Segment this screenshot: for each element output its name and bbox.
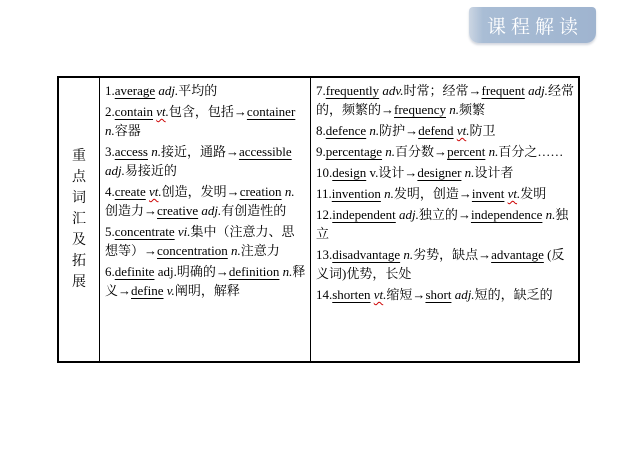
pos-abbrev: n. (231, 243, 241, 258)
english-word: designer (417, 165, 461, 180)
text-run: 易接近的 (125, 163, 177, 178)
text-run: 3. (105, 144, 115, 159)
pos-abbrev: n. (369, 123, 379, 138)
pos-abbrev: n. (105, 123, 115, 138)
text-run: 设计→ (378, 165, 417, 180)
text-run: 12. (316, 207, 332, 222)
vocabulary-table: 重点词汇及拓展 1.average adj.平均的2.contain vt.包含… (57, 76, 580, 363)
english-word: creation (240, 184, 282, 199)
text-run: 缩短→ (386, 287, 425, 302)
text-run: 设计者 (474, 165, 513, 180)
vocab-item: 7.frequently adv.时常；经常→frequent adj.经常的，… (316, 81, 574, 119)
vocab-item: 4.create vt.创造，发明→creation n.创造力→creativ… (105, 182, 306, 220)
text-run: 明确的→ (177, 264, 229, 279)
vocab-column-2: 7.frequently adv.时常；经常→frequent adj.经常的，… (310, 78, 578, 361)
text-run: 百分之…… (498, 144, 563, 159)
pos-abbrev: n. (449, 102, 459, 117)
english-word: short (425, 287, 451, 302)
pos-abbrev: adj. (201, 203, 221, 218)
english-word: frequency (394, 102, 446, 117)
english-word: disadvantage (332, 247, 400, 262)
vocab-item: 8.defence n.防护→defend vt.防卫 (316, 121, 574, 140)
pos-abbrev: n. (384, 186, 394, 201)
text-run: 防护→ (379, 123, 418, 138)
pos-abbrev: n. (285, 184, 295, 199)
pos-abbrev: n. (151, 144, 161, 159)
text-run: 4. (105, 184, 115, 199)
text-run: 11. (316, 186, 332, 201)
text-run: 注意力 (241, 243, 280, 258)
text-run: 6. (105, 264, 115, 279)
pos-abbrev: n. (546, 207, 556, 222)
english-word: accessible (239, 144, 292, 159)
pos-abbrev: adj. (528, 83, 548, 98)
text-run: 包含，包括 (169, 104, 234, 119)
vocab-item: 10.design v.设计→designer n.设计者 (316, 163, 574, 182)
text-run: 接近，通路 (161, 144, 226, 159)
english-word: independence (471, 207, 542, 222)
text-run: 13. (316, 247, 332, 262)
text-run: 1. (105, 83, 115, 98)
text-run: 创造力→ (105, 203, 157, 218)
pos-abbrev-misspelled: vt (457, 123, 466, 138)
pos-abbrev: n. (385, 144, 395, 159)
vocab-item: 3.access n.接近，通路→accessible adj.易接近的 (105, 142, 306, 180)
text-run: → (234, 104, 247, 119)
text-run: 14. (316, 287, 332, 302)
slide-page: 课程解读 重点词汇及拓展 1.average adj.平均的2.contain … (0, 0, 627, 464)
pos-abbrev-misspelled: vt (508, 186, 517, 201)
pos-abbrev: vi. (178, 224, 191, 239)
english-word: defence (326, 123, 366, 138)
vocab-item: 5.concentrate vi.集中（注意力、思想等）→concentrati… (105, 222, 306, 260)
english-word: independent (332, 207, 396, 222)
pos-abbrev: adj. (399, 207, 419, 222)
text-run: 容器 (115, 123, 141, 138)
pos-abbrev: adj. (105, 163, 125, 178)
vocab-item: 9.percentage n.百分数→percent n.百分之…… (316, 142, 574, 161)
pos-abbrev: n. (403, 247, 413, 262)
pos-abbrev: n. (489, 144, 499, 159)
text-run: 9. (316, 144, 326, 159)
vocab-item: 2.contain vt.包含，包括→container n.容器 (105, 102, 306, 140)
text-run: 阐明，解释 (175, 283, 240, 298)
english-word: invention (332, 186, 381, 201)
english-word: concentrate (115, 224, 175, 239)
row-header-char: 拓 (72, 251, 86, 272)
english-word: frequently (326, 83, 379, 98)
row-header-char: 词 (72, 188, 86, 209)
pos-abbrev-misspelled: vt (156, 104, 165, 119)
vocab-item: 13.disadvantage n.劣势，缺点→advantage (反义词)优… (316, 245, 574, 283)
text-run: 有创造性的 (221, 203, 286, 218)
english-word: advantage (491, 247, 544, 262)
english-word: definition (229, 264, 280, 279)
vocab-item: 11.invention n.发明，创造→invent vt.发明 (316, 184, 574, 203)
english-word: definite (115, 264, 155, 279)
text-run: 发明，创造→ (394, 186, 472, 201)
text-run: 时常；经常→ (403, 83, 481, 98)
row-header-key-vocabulary: 重点词汇及拓展 (59, 78, 99, 361)
text-run: 平均的 (178, 83, 217, 98)
english-word: concentration (157, 243, 228, 258)
pos-abbrev: adj. (455, 287, 475, 302)
text-run: adj. (154, 264, 176, 279)
vocab-item: 12.independent adj.独立的→independence n.独立 (316, 205, 574, 243)
english-word: average (115, 83, 155, 98)
text-run: 百分数→ (395, 144, 447, 159)
text-run: 创造，发明→ (162, 184, 240, 199)
text-run: 8. (316, 123, 326, 138)
english-word: percent (447, 144, 485, 159)
row-header-char: 重 (72, 146, 86, 167)
english-word: percentage (326, 144, 382, 159)
row-header-char: 展 (72, 272, 86, 293)
text-run: 7. (316, 83, 326, 98)
text-run: 短的，缺乏的 (475, 287, 553, 302)
pos-abbrev: n. (283, 264, 293, 279)
row-header-char: 汇 (72, 209, 86, 230)
text-run: 2. (105, 104, 115, 119)
english-word: create (115, 184, 146, 199)
vocab-item: 6.definite adj.明确的→definition n.释义→defin… (105, 262, 306, 300)
vocab-item: 1.average adj.平均的 (105, 81, 306, 100)
text-run: 10. (316, 165, 332, 180)
text-run: 5. (105, 224, 115, 239)
pos-abbrev-misspelled: vt (149, 184, 158, 199)
english-word: container (247, 104, 295, 119)
course-interpretation-badge: 课程解读 (469, 7, 596, 43)
text-run: 劣势，缺点 (413, 247, 478, 262)
pos-abbrev: v. (167, 283, 175, 298)
english-word: contain (115, 104, 153, 119)
english-word: creative (157, 203, 198, 218)
text-run: 防卫 (469, 123, 495, 138)
text-run: 独立的 (419, 207, 458, 222)
text-run: → (458, 207, 471, 222)
row-header-char: 点 (72, 167, 86, 188)
row-header-char: 及 (72, 230, 86, 251)
text-run: v. (366, 165, 378, 180)
english-word: defend (418, 123, 453, 138)
text-run: 发明 (520, 186, 546, 201)
pos-abbrev: adv. (382, 83, 403, 98)
vocab-column-1: 1.average adj.平均的2.contain vt.包含，包括→cont… (99, 78, 310, 361)
english-word: design (332, 165, 366, 180)
vocab-item: 14.shorten vt.缩短→short adj.短的，缺乏的 (316, 285, 574, 304)
english-word: frequent (482, 83, 525, 98)
pos-abbrev-misspelled: vt (374, 287, 383, 302)
english-word: access (115, 144, 148, 159)
text-run: → (226, 144, 239, 159)
pos-abbrev: adj. (158, 83, 178, 98)
text-run: → (478, 247, 491, 262)
english-word: shorten (332, 287, 370, 302)
english-word: invent (472, 186, 505, 201)
pos-abbrev: n. (465, 165, 475, 180)
english-word: define (131, 283, 163, 298)
text-run: 频繁 (459, 102, 485, 117)
